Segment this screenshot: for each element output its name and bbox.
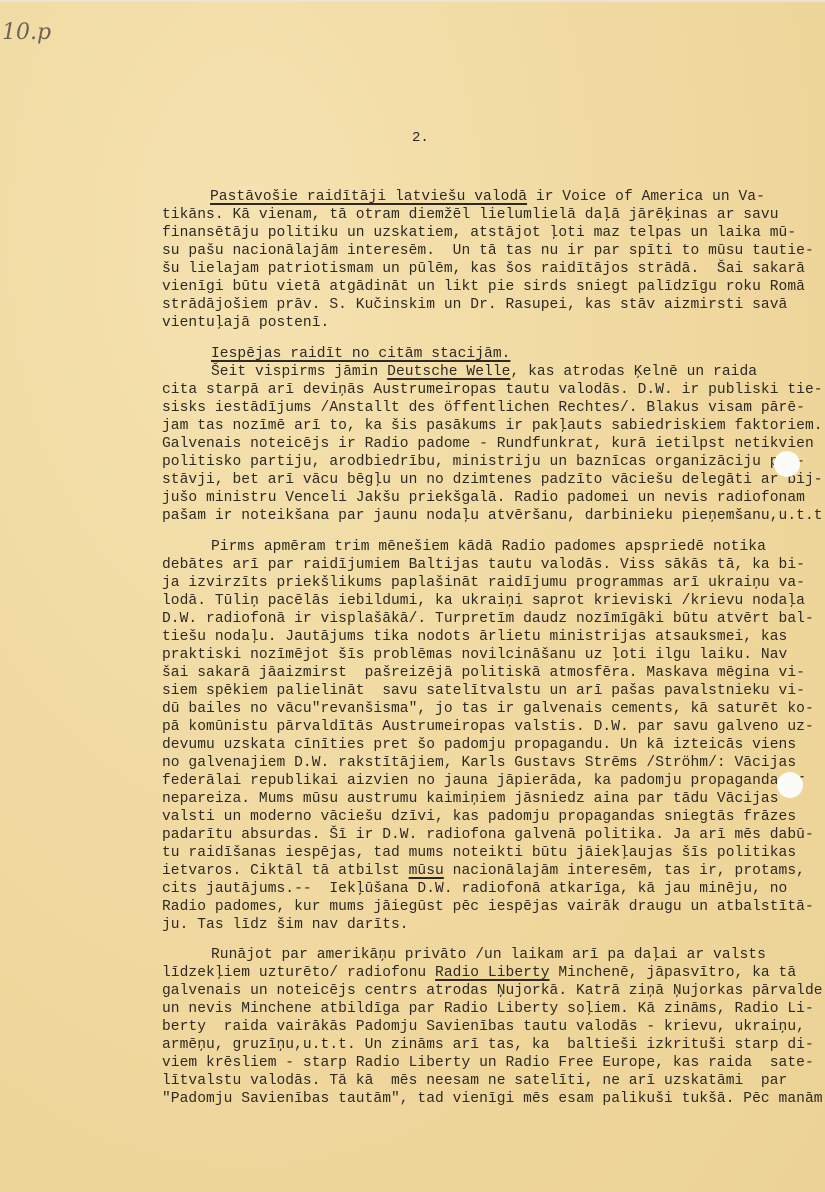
text-line: devumu uzskata cīnīties pret šo padomju … — [162, 736, 796, 754]
text-line: tiešu nodaļu. Jautājums tika nodots ārli… — [162, 628, 787, 646]
text-line: cita starpā arī deviņās Austrumeiropas t… — [162, 381, 823, 399]
text-line: no galvenajiem D.W. rakstītājiem, Karls … — [162, 754, 796, 772]
underlined-phrase: Deutsche Welle — [387, 364, 510, 380]
text-line: Pastāvošie raidītāji latviešu valodā ir … — [210, 188, 765, 206]
text-line: tikāns. Kā vienam, tā otram diemžēl liel… — [162, 206, 779, 224]
text-line: finansētāju politiku un uzskatiem, atstā… — [162, 224, 796, 242]
text-line: "Padomju Savienības tautām", tad vienīgi… — [162, 1090, 823, 1108]
text-fragment: Šeit vispirms jāmin — [211, 364, 387, 380]
text-fragment: nacionālajām interesēm, tas ir, protams, — [444, 863, 805, 879]
text-line: jam tas nozīmē arī to, ka šis pasākums i… — [162, 417, 823, 435]
text-line: Galvenais noteicējs ir Radio padome - Ru… — [162, 435, 814, 453]
text-line: padarītu absurdas. Šī ir D.W. radiofona … — [162, 826, 814, 844]
text-line: un nevis Minchene atbildīga par Radio Li… — [162, 1000, 814, 1018]
text-line: federālai republikai aizvien no jauna jā… — [162, 772, 805, 790]
text-line: tu raidīšanas iespējas, tad mums noteikt… — [162, 844, 796, 862]
text-line: politisko partiju, arodbiedrību, ministr… — [162, 453, 805, 471]
text-line: cits jautājums.-- Iekļūšana D.W. radiofo… — [162, 880, 787, 898]
text-line: vientuļajā postenī. — [162, 314, 329, 332]
text-line: berty raida vairākās Padomju Savienības … — [162, 1018, 805, 1036]
punch-hole — [774, 451, 800, 477]
text-line: nepareiza. Mums mūsu austrumu kaimiņiem … — [162, 790, 779, 808]
text-line: su pašu nacionālajām interesēm. Un tā ta… — [162, 242, 814, 260]
text-line: vienīgi būtu vietā atgādināt un likt pie… — [162, 278, 805, 296]
text-line: debātes arī par raidījumiem Baltijas tau… — [162, 556, 805, 574]
text-line: Pirms apmēram trim mēnešiem kādā Radio p… — [211, 538, 766, 556]
text-line: lodā. Tūliņ pacēlās iebildumi, ka ukraiņ… — [162, 592, 805, 610]
text-line: viem krēsliem - starp Radio Liberty un R… — [162, 1054, 814, 1072]
text-line: sisks iestādījums /Anstallt des öffentli… — [162, 399, 805, 417]
text-line: armēņu, gruzīņu,u.t.t. Un zināms arī tas… — [162, 1036, 814, 1054]
text-line: lītvalstu valodās. Tā kā mēs neesam ne s… — [162, 1072, 787, 1090]
punch-hole — [777, 772, 803, 798]
text-line: Šeit vispirms jāmin Deutsche Welle, kas … — [211, 363, 757, 381]
text-fragment: līdzekļiem uzturēto/ radiofonu — [162, 965, 435, 981]
text-line: valsti un moderno vāciešu dzīvi, kas pad… — [162, 808, 796, 826]
text-line: pā komūnistu pārvaldītās Austrumeiropas … — [162, 718, 814, 736]
handwritten-page-note: 10.p — [2, 20, 51, 45]
text-line: dū bailes no vācu"revanšisma", jo tas ir… — [162, 700, 814, 718]
text-line: strādājošiem prāv. S. Kučinskim un Dr. R… — [162, 296, 787, 314]
text-line: Radio padomes, kur mums jāiegūst pēc ies… — [162, 898, 814, 916]
text-line: šu lielajam patriotismam un pūlēm, kas š… — [162, 260, 805, 278]
text-fragment: ietvaros. Ciktāl tā atbilst — [162, 863, 409, 879]
text-line: šai sakarā jāaizmirst pašreizējā politis… — [162, 664, 805, 682]
underlined-phrase: Radio Liberty — [435, 965, 550, 981]
text-line: ietvaros. Ciktāl tā atbilst mūsu nacionā… — [162, 862, 805, 880]
text-line: galvenais un noteicējs centrs atrodas Ņu… — [162, 982, 823, 1000]
text-line: praktiski nozīmējot šīs problēmas novilc… — [162, 646, 787, 664]
underlined-phrase: Pastāvošie raidītāji latviešu valodā — [210, 189, 527, 205]
text-line: stāvji, bet arī vācu bēgļu un no dzimten… — [162, 471, 823, 489]
text-fragment: Minchenē, jāpasvītro, ka tā — [550, 965, 797, 981]
text-fragment: ir Voice of America un Va- — [527, 189, 765, 205]
text-line: Runājot par amerikāņu privāto /un laikam… — [211, 946, 766, 964]
text-line: līdzekļiem uzturēto/ radiofonu Radio Lib… — [162, 964, 796, 982]
section-heading: Iespējas raidīt no citām stacijām. — [211, 345, 510, 363]
text-line: ja izvirzīts priekšlikums paplašināt rai… — [162, 574, 805, 592]
text-line: D.W. radiofonā ir visplašākā/. Turpretīm… — [162, 610, 814, 628]
text-line: jušo ministru Venceli Jakšu priekšgalā. … — [162, 489, 805, 507]
text-line: pašam ir noteikšana par jaunu nodaļu atv… — [162, 507, 825, 525]
text-fragment: , kas atrodas Ķelnē un raida — [510, 364, 757, 380]
page-number: 2. — [412, 130, 429, 146]
document-page: 10.p 2. Pastāvošie raidītāji latviešu va… — [0, 0, 825, 1192]
text-line: ju. Tas līdz šim nav darīts. — [162, 916, 409, 934]
text-line: siem spēkiem palielināt savu satelītvals… — [162, 682, 805, 700]
underlined-phrase: mūsu — [409, 863, 444, 879]
